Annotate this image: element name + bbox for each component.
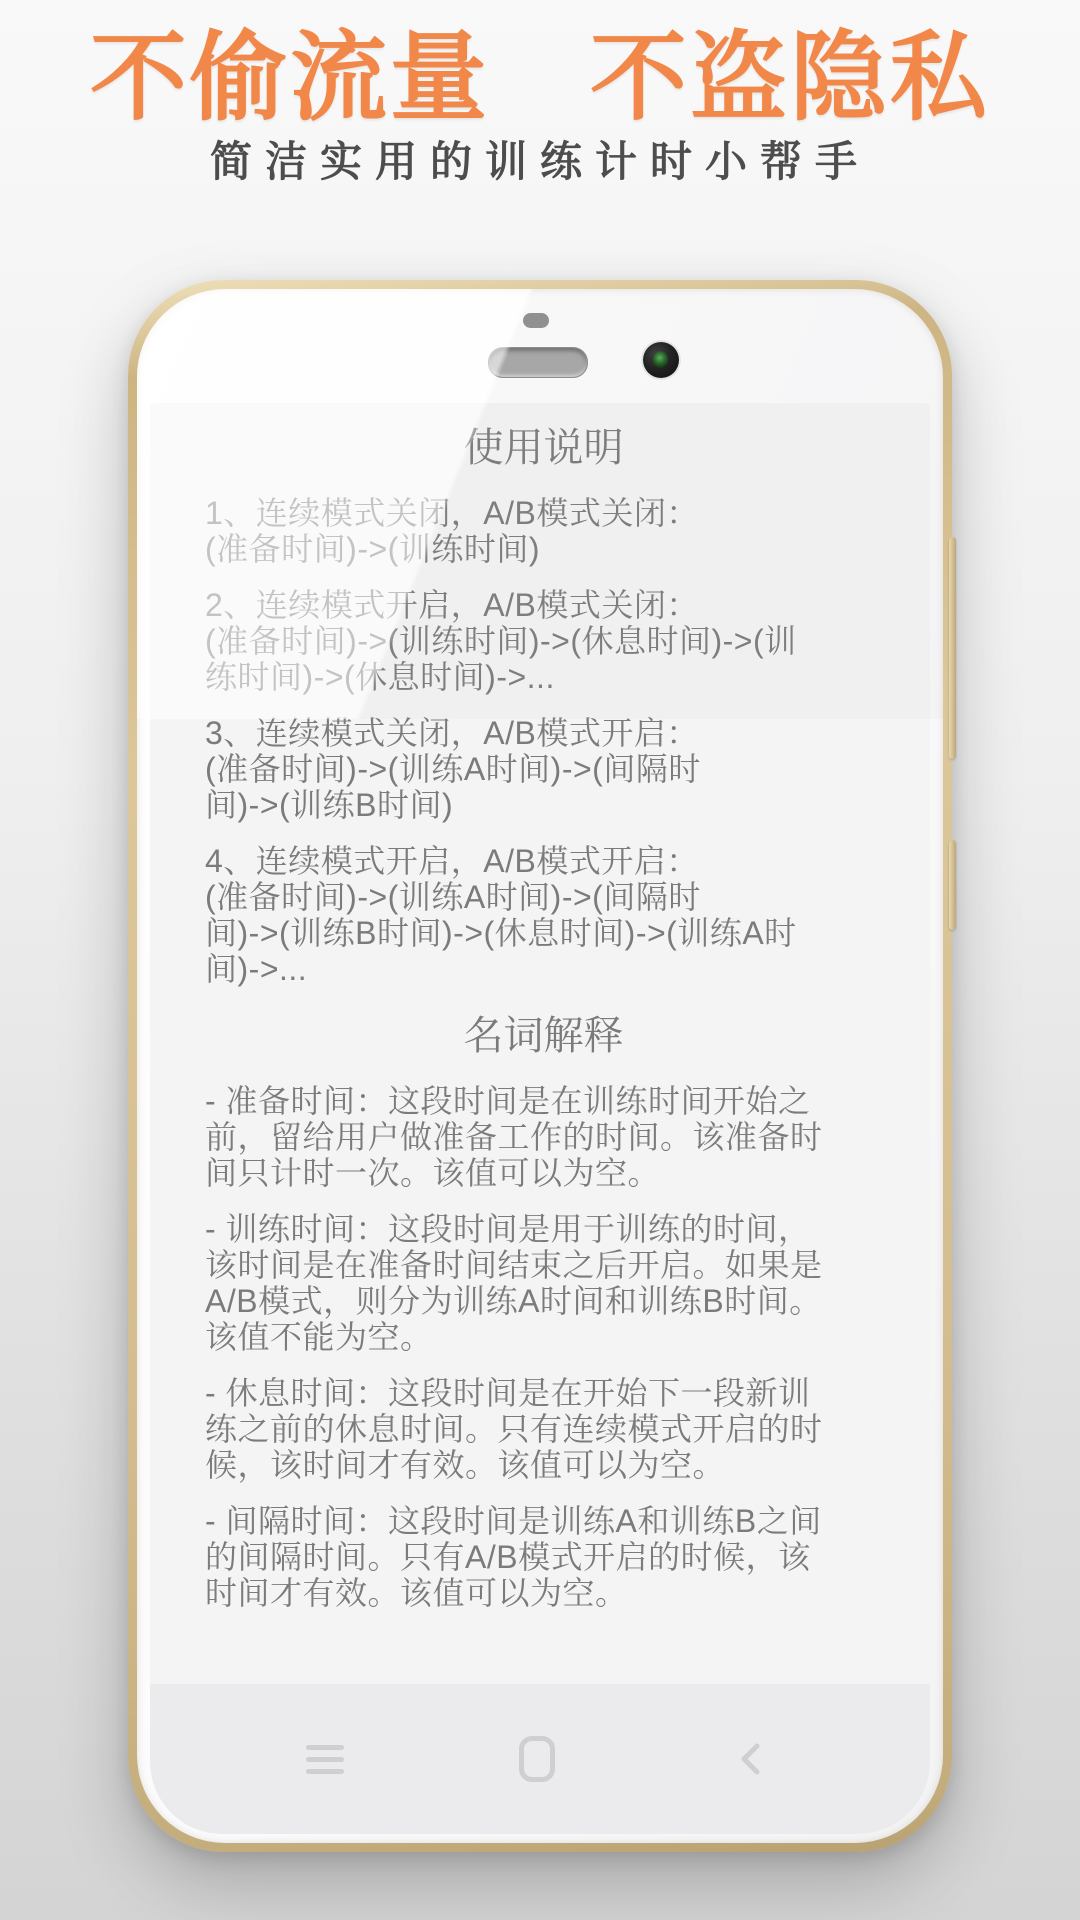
back-icon <box>737 1741 763 1777</box>
glossary-title: 名词解释 <box>205 1013 882 1059</box>
instruction-line: 间)->... <box>205 951 882 987</box>
glossary-line: 前，留给用户做准备工作的时间。该准备时 <box>205 1119 882 1155</box>
glossary-line: - 准备时间：这段时间是在训练时间开始之 <box>205 1083 882 1119</box>
glossary-line: - 休息时间：这段时间是在开始下一段新训 <box>205 1375 882 1411</box>
instruction-item-2: 2、连续模式开启，A/B模式关闭： (准备时间)->(训练时间)->(休息时间)… <box>205 587 882 695</box>
hero-title: 不偷流量 不盗隐私 <box>0 22 1080 134</box>
instruction-line: (准备时间)->(训练A时间)->(间隔时 <box>205 751 882 787</box>
instruction-item-1: 1、连续模式关闭，A/B模式关闭： (准备时间)->(训练时间) <box>205 495 882 567</box>
glossary-line: 时间才有效。该值可以为空。 <box>205 1575 882 1611</box>
glossary-item-2: - 训练时间：这段时间是用于训练的时间， 该时间是在准备时间结束之后开启。如果是… <box>205 1211 882 1355</box>
instruction-line: 3、连续模式关闭，A/B模式开启： <box>205 715 882 751</box>
glossary-line: 候，该时间才有效。该值可以为空。 <box>205 1447 882 1483</box>
instruction-line: (准备时间)->(训练时间) <box>205 531 882 567</box>
nav-bar <box>150 1684 930 1834</box>
glossary-item-1: - 准备时间：这段时间是在训练时间开始之 前，留给用户做准备工作的时间。该准备时… <box>205 1083 882 1191</box>
volume-button <box>949 537 956 759</box>
glossary-line: 练之前的休息时间。只有连续模式开启的时 <box>205 1411 882 1447</box>
home-icon <box>519 1736 555 1782</box>
glossary-line: A/B模式，则分为训练A时间和训练B时间。 <box>205 1283 882 1319</box>
instruction-line: (准备时间)->(训练A时间)->(间隔时 <box>205 879 882 915</box>
page: 不偷流量 不盗隐私 简洁实用的训练计时小帮手 使用说明 1、连续模式关闭，A/B… <box>0 0 1080 1920</box>
proximity-sensor-icon <box>523 313 549 328</box>
instruction-line: 练时间)->(休息时间)->... <box>205 659 882 695</box>
glossary-line: 该值不能为空。 <box>205 1319 882 1355</box>
glossary-item-3: - 休息时间：这段时间是在开始下一段新训 练之前的休息时间。只有连续模式开启的时… <box>205 1375 882 1483</box>
front-camera-icon <box>643 342 679 378</box>
back-button[interactable] <box>710 1719 790 1799</box>
home-button[interactable] <box>497 1719 577 1799</box>
camera-lens-icon <box>653 351 668 368</box>
phone-mockup: 使用说明 1、连续模式关闭，A/B模式关闭： (准备时间)->(训练时间) 2、… <box>128 280 952 1852</box>
app-screen: 使用说明 1、连续模式关闭，A/B模式关闭： (准备时间)->(训练时间) 2、… <box>150 403 930 1834</box>
glossary-line: - 训练时间：这段时间是用于训练的时间， <box>205 1211 882 1247</box>
instruction-line: 4、连续模式开启，A/B模式开启： <box>205 843 882 879</box>
menu-button[interactable] <box>285 1719 365 1799</box>
usage-instructions-panel: 使用说明 1、连续模式关闭，A/B模式关闭： (准备时间)->(训练时间) 2、… <box>205 425 882 1631</box>
instruction-line: 间)->(训练B时间) <box>205 787 882 823</box>
instruction-line: 间)->(训练B时间)->(休息时间)->(训练A时 <box>205 915 882 951</box>
instruction-line: 1、连续模式关闭，A/B模式关闭： <box>205 495 882 531</box>
instruction-line: 2、连续模式开启，A/B模式关闭： <box>205 587 882 623</box>
glossary-line: 的间隔时间。只有A/B模式开启的时候，该 <box>205 1539 882 1575</box>
instruction-line: (准备时间)->(训练时间)->(休息时间)->(训 <box>205 623 882 659</box>
instruction-item-4: 4、连续模式开启，A/B模式开启： (准备时间)->(训练A时间)->(间隔时 … <box>205 843 882 987</box>
phone-face: 使用说明 1、连续模式关闭，A/B模式关闭： (准备时间)->(训练时间) 2、… <box>137 289 943 1843</box>
glossary-line: - 间隔时间：这段时间是训练A和训练B之间 <box>205 1503 882 1539</box>
glossary-line: 该时间是在准备时间结束之后开启。如果是 <box>205 1247 882 1283</box>
earpiece-speaker-icon <box>488 347 588 378</box>
glossary-line: 间只计时一次。该值可以为空。 <box>205 1155 882 1191</box>
menu-icon <box>306 1745 344 1774</box>
usage-title: 使用说明 <box>205 425 882 471</box>
hero-subtitle: 简洁实用的训练计时小帮手 <box>0 136 1080 188</box>
power-button <box>949 840 956 930</box>
instruction-item-3: 3、连续模式关闭，A/B模式开启： (准备时间)->(训练A时间)->(间隔时 … <box>205 715 882 823</box>
glossary-item-4: - 间隔时间：这段时间是训练A和训练B之间 的间隔时间。只有A/B模式开启的时候… <box>205 1503 882 1611</box>
